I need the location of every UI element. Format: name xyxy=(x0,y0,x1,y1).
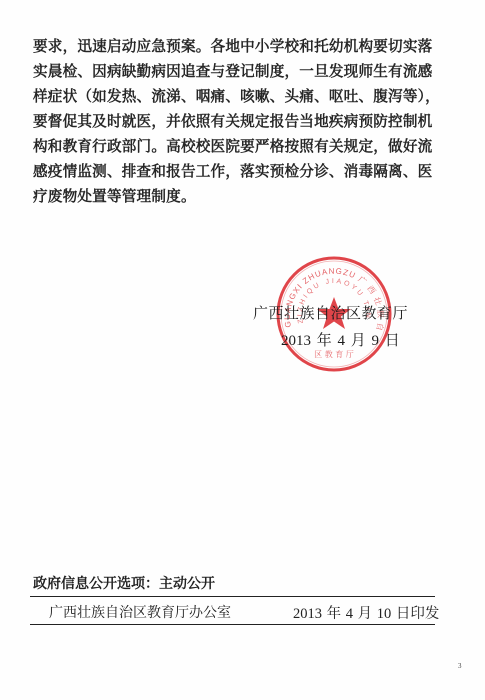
body-line: 实晨检、因病缺勤病因追查与登记制度，一旦发现师生有流感 xyxy=(33,59,453,84)
body-line: 疗废物处置等管理制度。 xyxy=(33,184,453,209)
issue-date: 2013 年 4 月 10 日印发 xyxy=(293,602,439,623)
signature-date: 2013 年 4 月 9 日 xyxy=(281,329,400,350)
footer-bottom-rule xyxy=(30,624,435,625)
document-page: 要求，迅速启动应急预案。各地中小学校和托幼机构要切实落 实晨检、因病缺勤病因追查… xyxy=(0,0,485,700)
body-paragraph: 要求，迅速启动应急预案。各地中小学校和托幼机构要切实落 实晨检、因病缺勤病因追查… xyxy=(33,34,453,209)
body-line: 要求，迅速启动应急预案。各地中小学校和托幼机构要切实落 xyxy=(33,34,453,59)
body-line: 样症状（如发热、流涕、咽痛、咳嗽、头痛、呕吐、腹泻等）， xyxy=(33,84,453,109)
body-line: 构和教育行政部门。高校校医院要严格按照有关规定，做好流 xyxy=(33,134,453,159)
body-line: 感疫情监测、排查和报告工作，落实预检分诊、消毒隔离、医 xyxy=(33,159,453,184)
footer-top-rule xyxy=(30,596,435,597)
page-number: 3 xyxy=(458,662,462,670)
svg-text:区 教 育 厅: 区 教 育 厅 xyxy=(314,349,354,359)
body-line: 要督促其及时就医，并依照有关规定报告当地疾病预防控制机 xyxy=(33,109,453,134)
signature-organization: 广西壮族自治区教育厅 xyxy=(253,302,408,323)
disclosure-option: 政府信息公开选项：主动公开 xyxy=(33,573,215,593)
issuing-office: 广西壮族自治区教育厅办公室 xyxy=(49,602,231,622)
